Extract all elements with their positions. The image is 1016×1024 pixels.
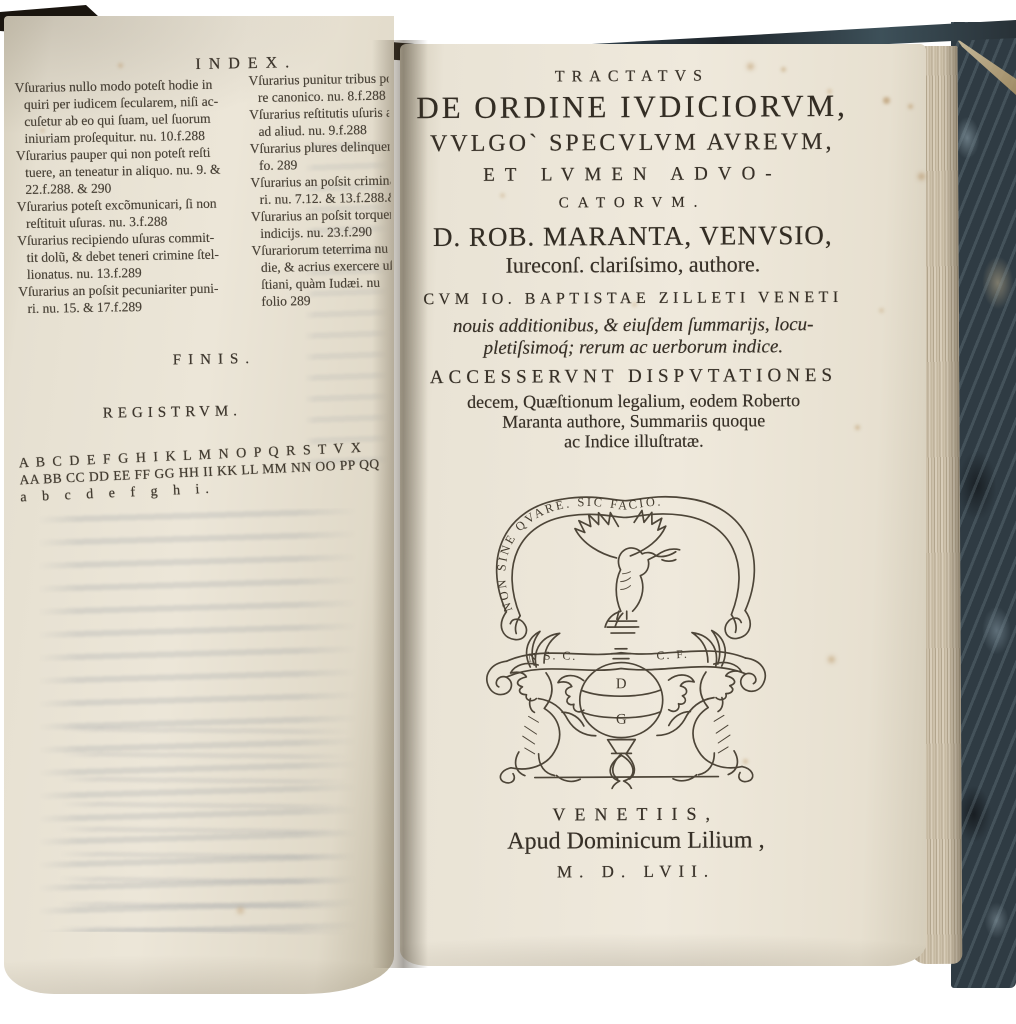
main-title: DE ORDINE IVDICIORVM, <box>404 90 860 124</box>
subtitle: VVLGOˋ SPECVLVM AVREVM, <box>404 129 860 157</box>
edition-note: pletiſsimoq́; rerum ac uerborum indice. <box>405 336 861 360</box>
index-line: ſtiani, quàm Iudæi. nu <box>252 274 392 293</box>
imprint-year: M. D. LVII. <box>408 861 864 882</box>
device-base <box>535 753 719 780</box>
index-column-left: Vſurarius nullo modo poteſt hodie in qui… <box>15 75 259 317</box>
added-works-note: ac Indice illuſtratæ. <box>406 430 862 452</box>
device-motto: NON SINE QVARE. SIC FACIO. <box>494 495 664 614</box>
register-collation: A B C D E F G H I K L M N O P Q R S T V … <box>19 439 399 506</box>
orb-letter-top: D <box>616 676 627 692</box>
banner-initials-left: N S. C. <box>527 648 578 664</box>
left-page-index: INDEX. Vſurarius nullo modo poteſt hodie… <box>4 16 394 994</box>
index-line: folio 289 <box>252 291 392 310</box>
edition-note: nouis additionibus, & eiuſdem ſummarijs,… <box>405 314 861 338</box>
added-works-note: decem, Quæſtionum legalium, eodem Robert… <box>406 390 862 412</box>
subtitle-line: ET LVMEN ADVO- <box>404 163 860 187</box>
title-page: TRACTATVS DE ORDINE IVDICIORVM, VVLGOˋ S… <box>400 44 926 966</box>
title-page-text: TRACTATVS DE ORDINE IVDICIORVM, VVLGOˋ S… <box>404 67 864 882</box>
registrum-heading: REGISTRVM. <box>60 402 284 423</box>
left-page-text: INDEX. Vſurarius nullo modo poteſt hodie… <box>0 13 403 998</box>
imprint-place: VENETIIS, <box>408 803 864 825</box>
finis-heading: FINIS. <box>119 350 309 370</box>
series-title: TRACTATVS <box>404 67 860 87</box>
index-line: Vſurarius reſtitutis uſuris aũ <box>249 104 389 123</box>
imprint-publisher: Apud Dominicum Lilium , <box>408 827 864 855</box>
eagle-hatching <box>621 572 631 590</box>
index-line: ri. nu. 15. & 17.f.289 <box>18 296 258 317</box>
subtitle-line: CATORVM. <box>405 194 861 213</box>
editor-line: CVM IO. BAPTISTAE ZILLETI VENETI <box>405 289 861 309</box>
index-line: Vſurarius plures delinquen <box>250 138 390 157</box>
added-works-note: Maranta authore, Summariis quoque <box>406 410 862 432</box>
author-epithet: Iureconſ. clariſsimo, authore. <box>405 252 861 278</box>
banner-initials-right: C. F. <box>656 647 689 663</box>
index-column-right: Vſurarius punitur tribus pœ re canonico.… <box>248 70 392 310</box>
added-works-line: ACCESSERVNT DISPVTATIONES <box>405 365 861 389</box>
photo-of-open-antique-book: INDEX. Vſurarius nullo modo poteſt hodie… <box>0 0 1016 1024</box>
author-line: D. ROB. MARANTA, VENVSIO, <box>405 221 861 251</box>
printers-device-woodcut: NON SINE QVARE. SIC FACIO. <box>472 462 780 790</box>
eagle-icon <box>575 510 680 633</box>
orb-letter-bottom: G <box>616 712 627 728</box>
